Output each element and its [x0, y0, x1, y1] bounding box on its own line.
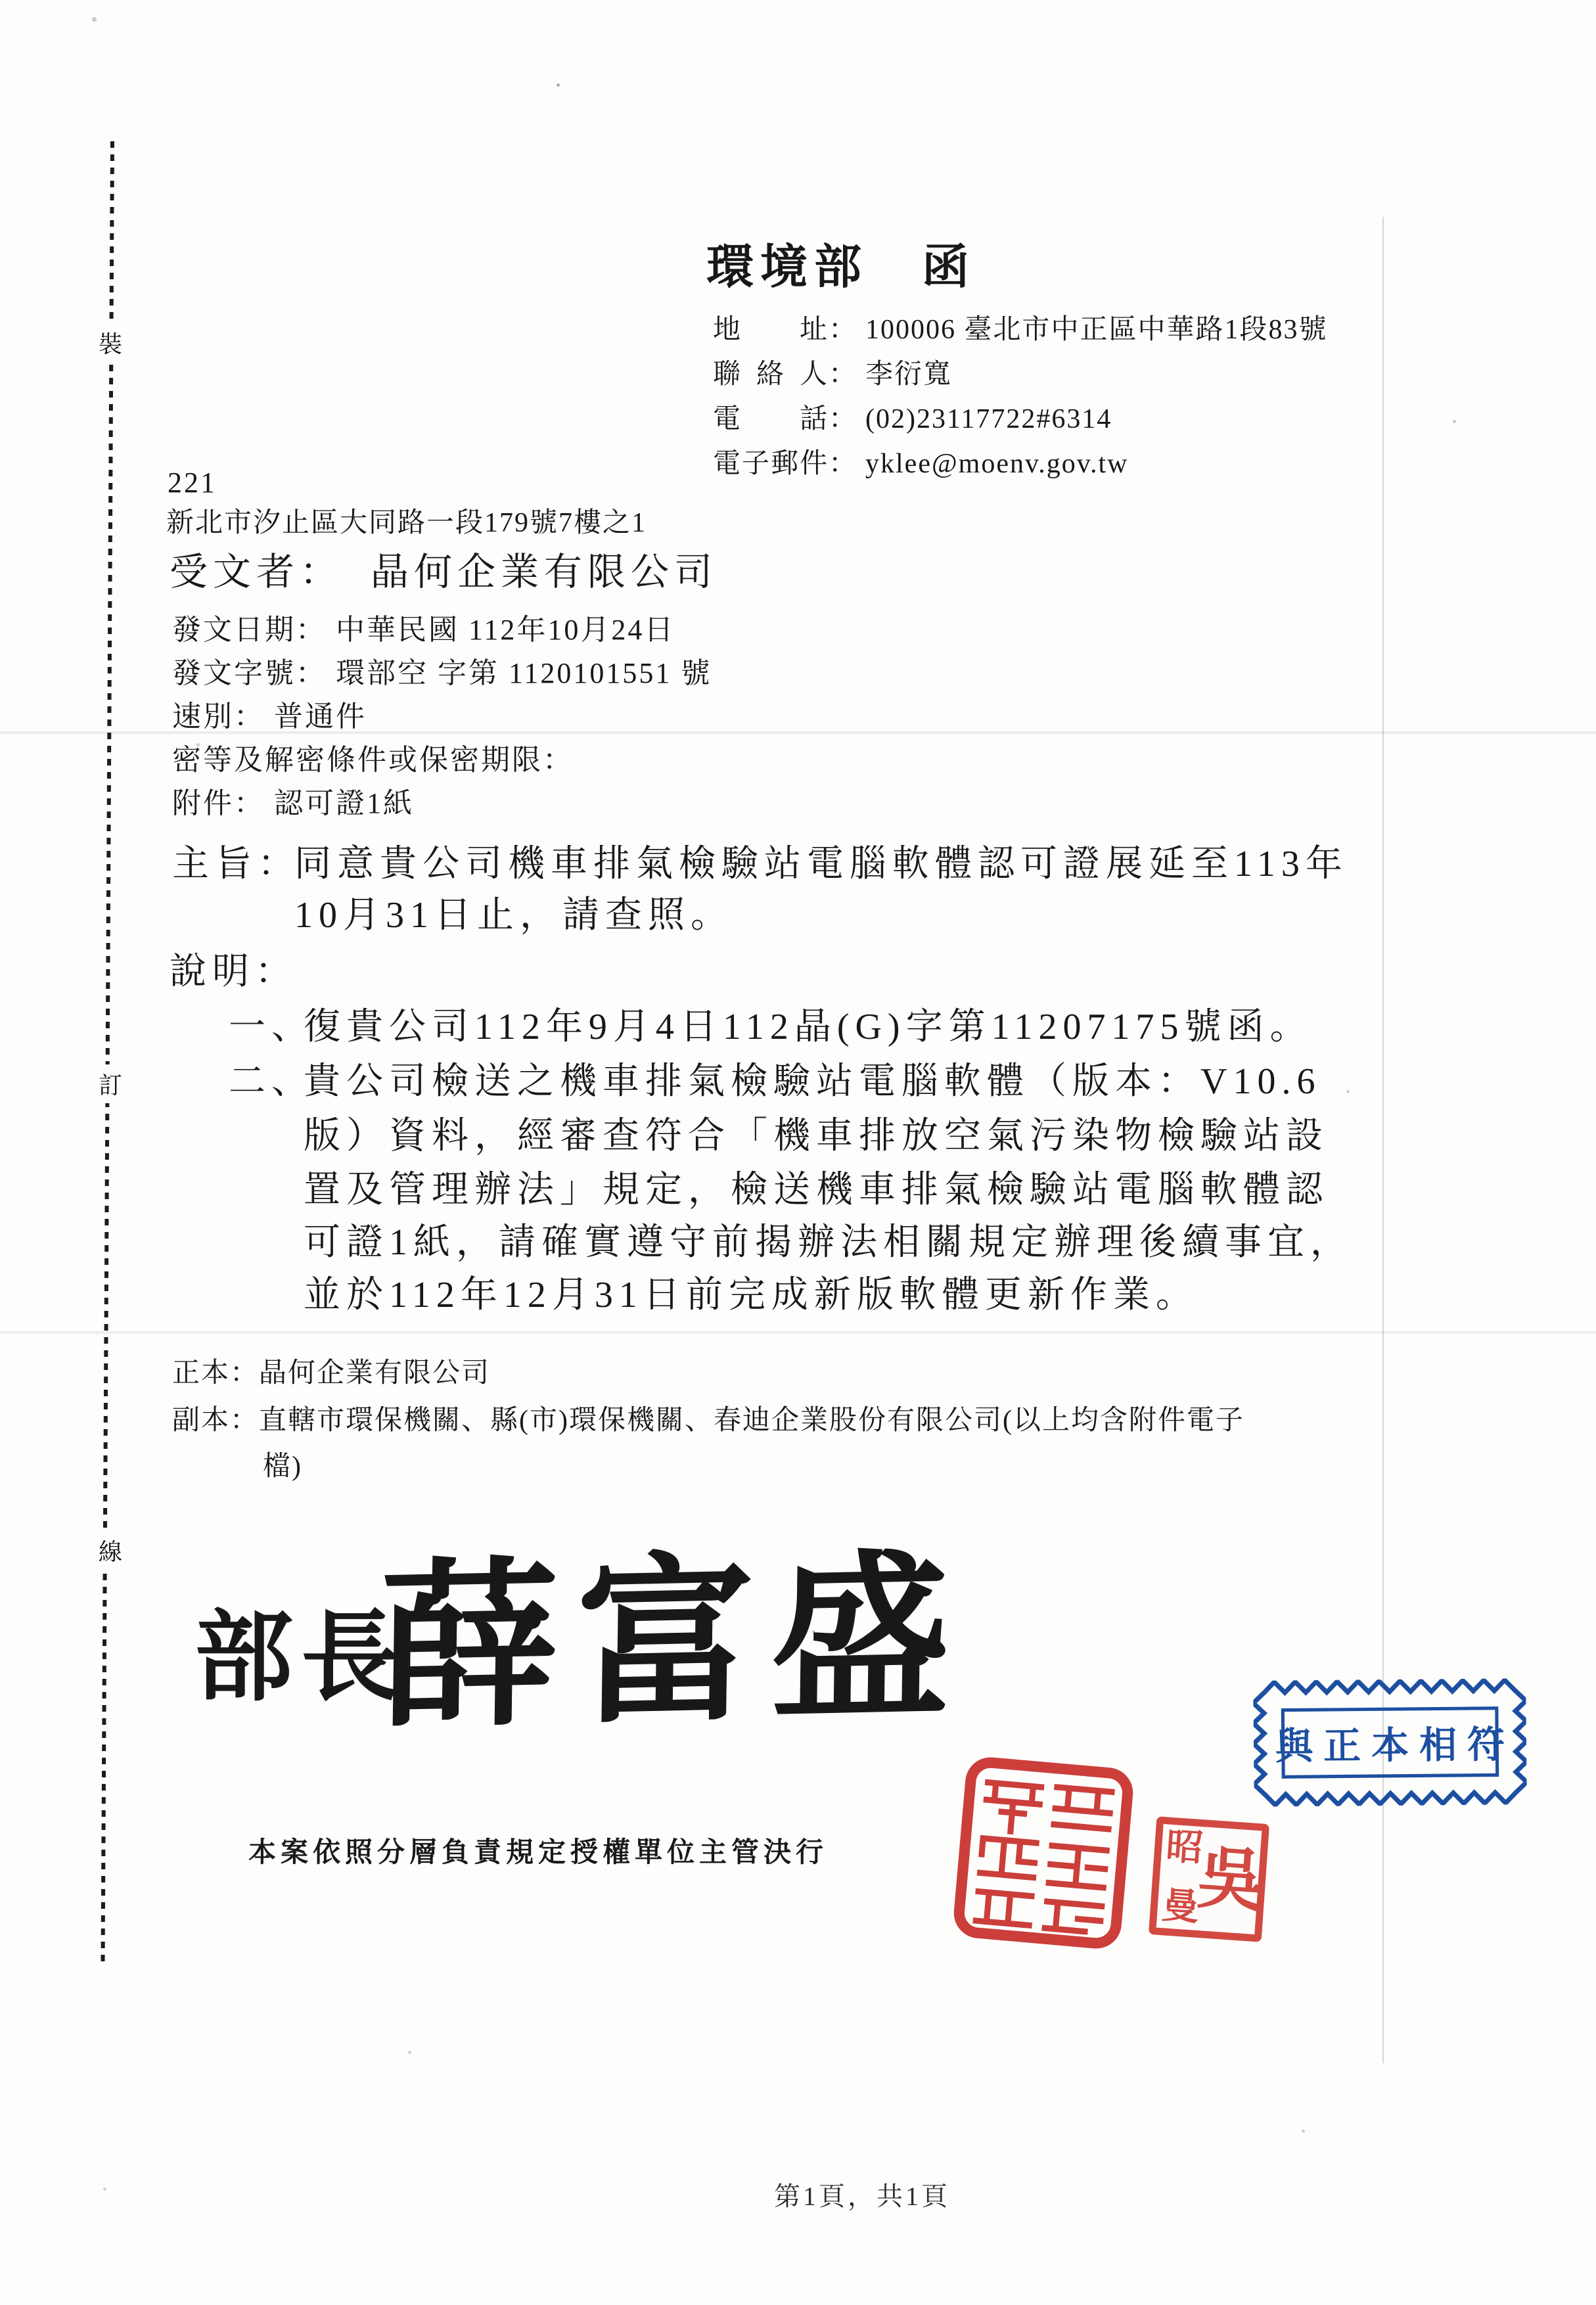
meta-doc-number-value: 環部空 字第 1120101551 號 [336, 657, 712, 689]
header-field-address: 地址：100006 臺北市中正區中華路1段83號 [713, 314, 1328, 346]
header-field-contact-label: 聯絡人 [713, 359, 829, 390]
explanation-item2-line2: 版）資料，經審查符合「機車排放空氣污染物檢驗站設 [304, 1115, 1329, 1157]
page-number: 第1頁，共1頁 [774, 2181, 950, 2212]
scan-streak-horizontal-2 [0, 1331, 1596, 1334]
header-field-address-label: 地址 [713, 314, 829, 346]
name-seal-wu-zhao-man: 昭 曼 吳 [1149, 1816, 1269, 1942]
copy-cc-line1: 副本：直轄市環保機關、縣(市)環保機關、春迪企業股份有限公司(以上均含附件電子 [172, 1405, 1244, 1436]
meta-doc-number: 發文字號：環部空 字第 1120101551 號 [172, 657, 712, 691]
official-red-seal [949, 1751, 1138, 1955]
subject-line-1: 同意貴公司機車排氣檢驗站電腦軟體認可證展延至113年 [294, 843, 1348, 885]
header-field-contact: 聯絡人：李衍寬 [713, 359, 952, 390]
recipient-label: 受文者： [170, 551, 343, 593]
copy-original-value: 晶何企業有限公司 [259, 1358, 490, 1388]
explanation-item2-line1: 貴公司檢送之機車排氣檢驗站電腦軟體（版本：V10.6 [304, 1061, 1321, 1103]
certified-stamp-text: 與正本相符 [1265, 1714, 1516, 1770]
explanation-heading: 說明： [170, 951, 298, 993]
scanned-official-letter: 裝 訂 線 環境部 函 地址：100006 臺北市中正區中華路1段83號 聯絡人… [0, 0, 1596, 2305]
name-seal-char-wu: 吳 [1195, 1844, 1268, 1917]
copy-original-line: 正本：晶何企業有限公司 [172, 1358, 490, 1389]
explanation-item2-line4: 可證1紙，請確實遵守前揭辦法相關規定辦理後續事宜， [304, 1221, 1353, 1264]
header-field-phone-value: (02)23117722#6314 [865, 404, 1112, 434]
scan-speckles [0, 0, 2, 2]
subject-line-2: 10月31日止，請查照。 [294, 894, 733, 936]
recipient-name: 晶何企業有限公司 [371, 551, 718, 593]
colon: ： [829, 449, 857, 479]
official-red-seal-graphic [949, 1751, 1138, 1955]
meta-issue-date: 發文日期：中華民國 112年10月24日 [172, 614, 675, 647]
header-field-phone-label: 電話 [713, 403, 829, 435]
meta-issue-date-value: 中華民國 112年10月24日 [336, 614, 675, 646]
copy-cc-label: 副本： [172, 1405, 259, 1436]
meta-attachment: 附件：認可證1紙 [172, 787, 414, 821]
header-field-address-value: 100006 臺北市中正區中華路1段83號 [865, 315, 1328, 345]
header-field-email-value: yklee@moenv.gov.tw [865, 449, 1129, 479]
recipient-postal-code: 221 [168, 467, 217, 500]
meta-attachment-value: 認可證1紙 [274, 787, 414, 819]
signer-title: 部長 [194, 1602, 407, 1716]
binding-label-xian: 線 [97, 1531, 124, 1570]
recipient-address: 新北市汐止區大同路一段179號7樓之1 [166, 507, 647, 539]
signer-name-calligraphy: 薛富盛 [378, 1536, 969, 1754]
explanation-item1-bullet: 一、 [229, 1006, 314, 1048]
delegation-note: 本案依照分層負責規定授權單位主管決行 [248, 1837, 828, 1869]
copy-cc-value: 直轄市環保機關、縣(市)環保機關、春迪企業股份有限公司(以上均含附件電子 [259, 1405, 1244, 1436]
explanation-item1-line1: 復貴公司112年9月4日112晶(G)字第11207175號函。 [304, 1006, 1313, 1048]
explanation-item2-bullet: 二、 [229, 1061, 314, 1103]
header-field-email: 電子郵件：yklee@moenv.gov.tw [713, 448, 1129, 480]
colon: ： [829, 404, 857, 434]
meta-classification-label: 密等及解密條件或保密期限： [172, 744, 574, 776]
name-seal-char-man: 曼 [1161, 1887, 1200, 1927]
copy-cc-line2: 檔) [263, 1451, 302, 1482]
binding-label-zhuang: 裝 [97, 323, 124, 362]
meta-classification: 密等及解密條件或保密期限： [172, 744, 583, 777]
document-title: 環境部 函 [706, 240, 976, 295]
meta-speed-label: 速別： [172, 700, 265, 733]
header-field-contact-value: 李衍寬 [865, 359, 952, 390]
copy-original-label: 正本： [172, 1358, 259, 1388]
meta-doc-number-label: 發文字號： [172, 657, 327, 689]
name-seal-right-column: 吳 [1202, 1827, 1262, 1934]
colon: ： [829, 359, 857, 390]
colon: ： [829, 315, 857, 345]
explanation-item2-line3: 置及管理辦法」規定，檢送機車排氣檢驗站電腦軟體認 [304, 1169, 1329, 1211]
meta-attachment-label: 附件： [172, 787, 265, 819]
header-field-email-label: 電子郵件 [713, 448, 829, 480]
binding-dotted-line [101, 141, 114, 1961]
header-field-phone: 電話：(02)23117722#6314 [713, 403, 1112, 435]
meta-speed-value: 普通件 [274, 700, 367, 733]
binding-label-ding: 訂 [97, 1064, 124, 1103]
explanation-item2-line5: 並於112年12月31日前完成新版軟體更新作業。 [304, 1274, 1198, 1316]
certified-true-copy-stamp: 與正本相符 [1253, 1678, 1527, 1807]
subject-label: 主旨： [172, 843, 300, 885]
recipient-line: 受文者：晶何企業有限公司 [170, 551, 718, 595]
meta-speed: 速別：普通件 [172, 700, 367, 734]
meta-issue-date-label: 發文日期： [172, 614, 327, 646]
